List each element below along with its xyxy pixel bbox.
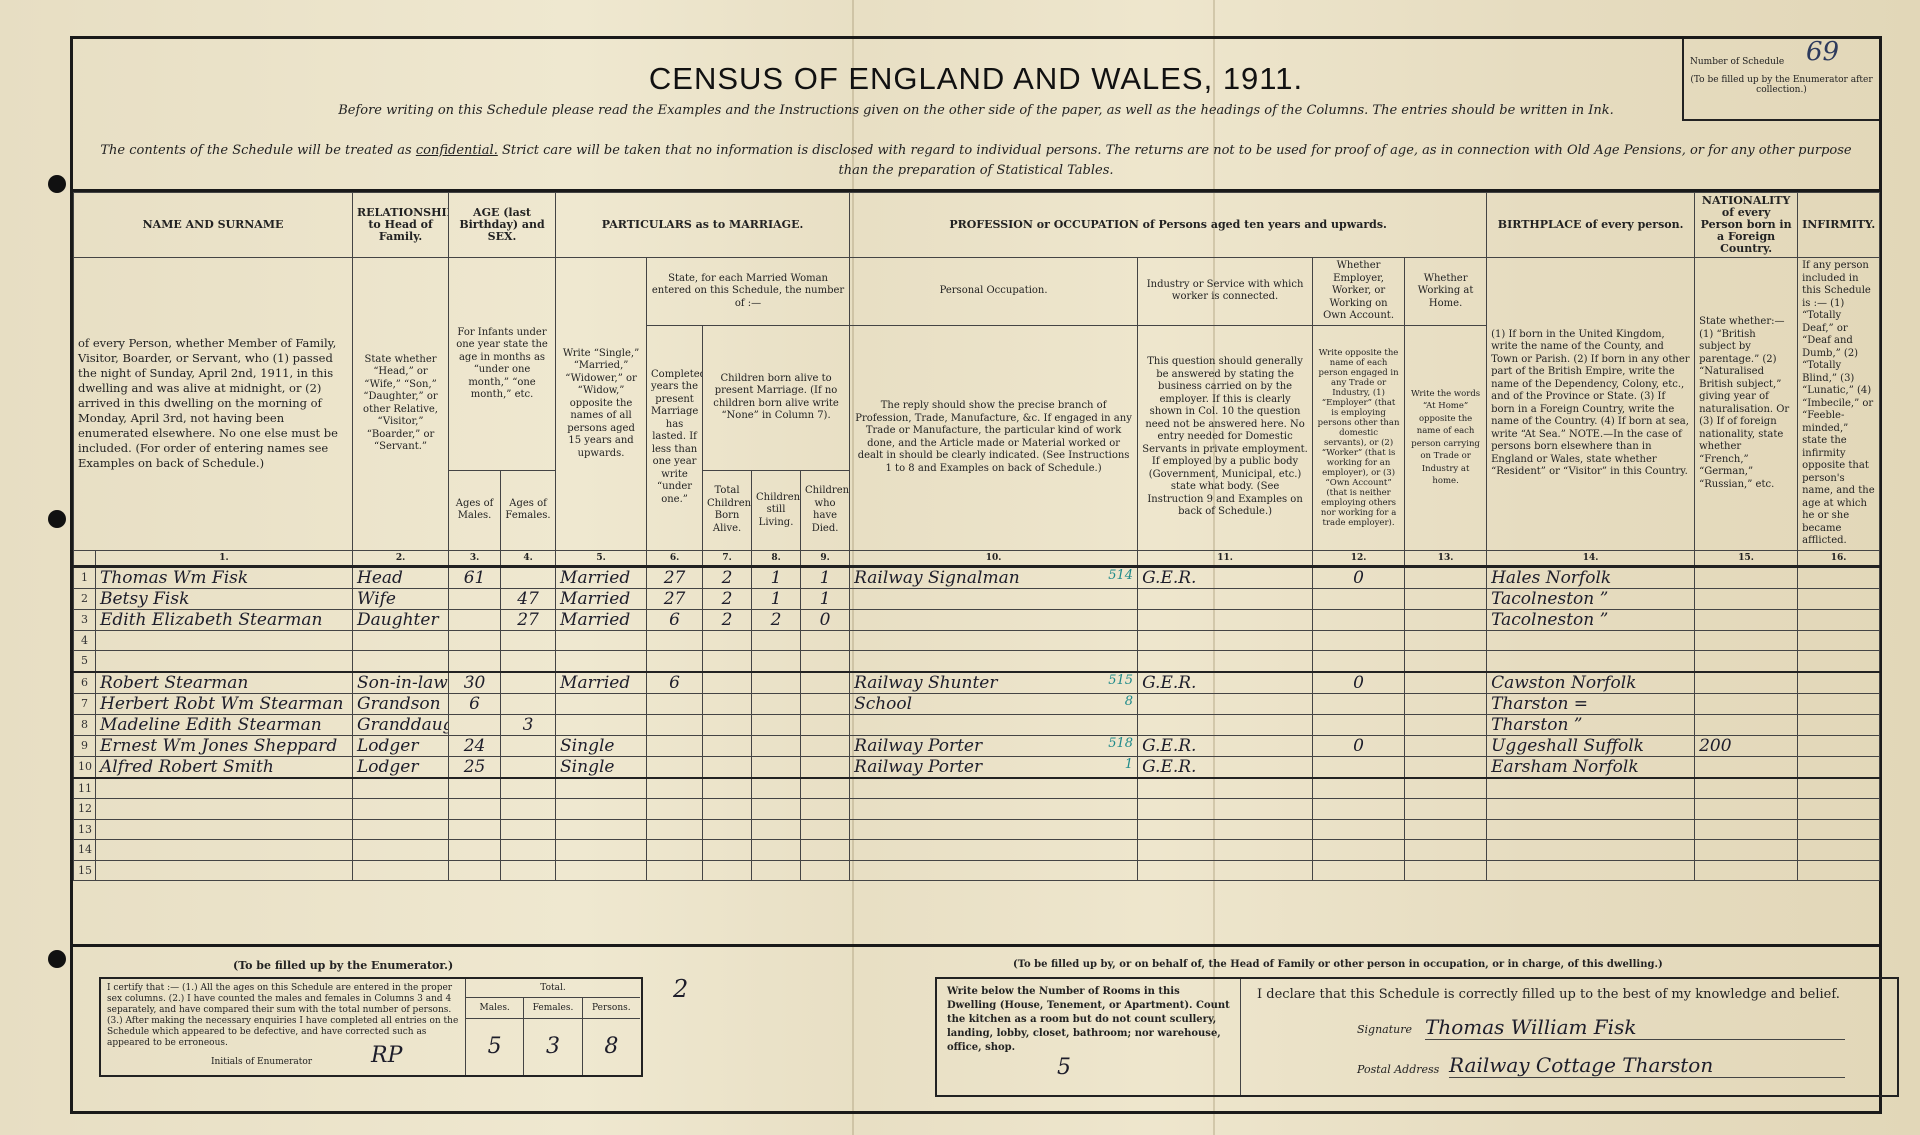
at-home-header: Whether Working at Home. [1405, 258, 1487, 326]
table-row: 4 [74, 630, 1880, 651]
occupation-code: 518 [1108, 736, 1133, 751]
row-number: 15 [74, 860, 96, 881]
occupation-code: 8 [1125, 694, 1133, 709]
census-table: NAME AND SURNAME RELATIONSHIP to Head of… [73, 189, 1879, 881]
row-number: 12 [74, 799, 96, 820]
table-row: 5 [74, 651, 1880, 672]
cell-birth: Earsham Norfolk [1487, 756, 1695, 778]
row-number: 10 [74, 756, 96, 778]
cell-emp [1313, 819, 1405, 840]
schedule-number-box: Number of Schedule 69 (To be filled up b… [1682, 39, 1879, 121]
header-age: AGE (last Birthday) and SEX. [449, 193, 556, 258]
infirmity-instructions: If any person included in this Schedule … [1798, 258, 1880, 551]
cell-male: 6 [449, 693, 501, 714]
cell-emp [1313, 651, 1405, 672]
cell-nat [1695, 651, 1798, 672]
column-numbers: 1. 2. 3. 4. 5. 6. 7. 8. 9. 10. 11. 12. 1… [74, 550, 1880, 566]
cell-inf [1798, 735, 1880, 756]
cell-home [1405, 840, 1487, 861]
cell-industry [1138, 714, 1313, 735]
cell-died [801, 756, 850, 778]
table-row: 10Alfred Robert SmithLodger25SingleRailw… [74, 756, 1880, 778]
cell-living: 1 [752, 566, 801, 588]
cell-occ: Railway Porter1 [850, 756, 1138, 778]
cell-female [501, 566, 556, 588]
cell-rel [353, 860, 449, 881]
cell-rel [353, 840, 449, 861]
cell-years: 6 [647, 672, 703, 694]
table-row: 1Thomas Wm FiskHead61Married27211Railway… [74, 566, 1880, 588]
cell-industry: G.E.R. [1138, 566, 1313, 588]
column-number: 8. [752, 550, 801, 566]
occupation-text: Railway Porter [854, 736, 982, 756]
cell-occ [850, 651, 1138, 672]
cell-years [647, 778, 703, 799]
cell-years [647, 840, 703, 861]
employer-header: Whether Employer, Worker, or Working on … [1313, 258, 1405, 326]
cell-birth [1487, 778, 1695, 799]
cell-years [647, 756, 703, 778]
cell-living [752, 735, 801, 756]
cell-female [501, 735, 556, 756]
cell-status: Married [556, 588, 647, 609]
column-number: 10. [850, 550, 1138, 566]
row-number: 4 [74, 630, 96, 651]
cell-birth: Hales Norfolk [1487, 566, 1695, 588]
cell-home [1405, 778, 1487, 799]
address-label: Postal Address [1357, 1063, 1439, 1076]
rooms-count: 5 [1057, 1061, 1071, 1075]
cell-name [96, 651, 353, 672]
household-box: Write below the Number of Rooms in this … [935, 977, 1899, 1097]
cell-rel [353, 651, 449, 672]
column-number: 2. [353, 550, 449, 566]
cell-nat [1695, 672, 1798, 694]
cell-male [449, 778, 501, 799]
cell-industry: G.E.R. [1138, 672, 1313, 694]
cell-male [449, 630, 501, 651]
cell-industry: G.E.R. [1138, 735, 1313, 756]
cell-emp: 0 [1313, 672, 1405, 694]
cell-born [703, 693, 752, 714]
cell-occ [850, 630, 1138, 651]
cell-status: Married [556, 672, 647, 694]
children-living-header: Children still Living. [752, 471, 801, 550]
cell-female: 27 [501, 609, 556, 630]
cell-living [752, 693, 801, 714]
cell-years [647, 735, 703, 756]
household-caption: (To be filled up by, or on behalf of, th… [1013, 959, 1663, 970]
occupation-code: 1 [1125, 757, 1133, 772]
cell-inf [1798, 714, 1880, 735]
column-number: 13. [1405, 550, 1487, 566]
occupation-text: Railway Porter [854, 757, 982, 777]
table-row: 12 [74, 799, 1880, 820]
cell-birth [1487, 651, 1695, 672]
cell-home [1405, 609, 1487, 630]
cell-rel: Son-in-law [353, 672, 449, 694]
total-persons: 8 [583, 1019, 640, 1075]
age-females-header: Ages of Females. [501, 471, 556, 550]
cell-years [647, 819, 703, 840]
cell-living [752, 860, 801, 881]
column-number: 16. [1798, 550, 1880, 566]
cell-occ [850, 799, 1138, 820]
cell-name: Alfred Robert Smith [96, 756, 353, 778]
cell-born [703, 651, 752, 672]
cell-years [647, 693, 703, 714]
cell-emp [1313, 756, 1405, 778]
cell-years [647, 799, 703, 820]
header-relationship: RELATIONSHIP to Head of Family. [353, 193, 449, 258]
cell-male: 25 [449, 756, 501, 778]
years-married-header: Completed years the present Marriage has… [647, 325, 703, 550]
cell-rel: Wife [353, 588, 449, 609]
cell-status [556, 651, 647, 672]
row-number: 6 [74, 672, 96, 694]
rooms-instructions: Write below the Number of Rooms in this … [947, 985, 1230, 1055]
persons-label: Persons. [583, 998, 640, 1018]
cell-died [801, 778, 850, 799]
cell-rel [353, 630, 449, 651]
cell-female: 3 [501, 714, 556, 735]
cell-male [449, 714, 501, 735]
table-row: 11 [74, 778, 1880, 799]
header-name: NAME AND SURNAME [74, 193, 353, 258]
cell-rel: Lodger [353, 756, 449, 778]
cell-name [96, 860, 353, 881]
table-row: 2Betsy FiskWife47Married27211Tacolneston… [74, 588, 1880, 609]
cell-died: 1 [801, 588, 850, 609]
females-label: Females. [524, 998, 582, 1018]
cell-name: Madeline Edith Stearman [96, 714, 353, 735]
cell-rel [353, 799, 449, 820]
personal-occupation-header: Personal Occupation. [850, 258, 1138, 326]
cell-female [501, 860, 556, 881]
cell-born [703, 819, 752, 840]
initials-label: Initials of Enumerator [211, 1057, 312, 1067]
cell-male [449, 588, 501, 609]
cell-years [647, 714, 703, 735]
table-row: 8Madeline Edith StearmanGranddaughter3Th… [74, 714, 1880, 735]
cell-male: 61 [449, 566, 501, 588]
enumerator-box: I certify that :— (1.) All the ages on t… [99, 977, 643, 1077]
cell-emp [1313, 840, 1405, 861]
table-row: 6Robert StearmanSon-in-law30Married6Rail… [74, 672, 1880, 694]
cell-birth: Tacolneston ” [1487, 609, 1695, 630]
enumerator-initials: RP [371, 1043, 402, 1068]
cell-industry [1138, 651, 1313, 672]
cell-industry: G.E.R. [1138, 756, 1313, 778]
cell-years: 27 [647, 566, 703, 588]
cell-home [1405, 714, 1487, 735]
cell-birth: Tacolneston ” [1487, 588, 1695, 609]
cell-occ [850, 714, 1138, 735]
cell-occ: Railway Signalman514 [850, 566, 1138, 588]
totals-box: Total. Males. Females. Persons. 5 3 8 [465, 979, 640, 1075]
cell-died: 1 [801, 566, 850, 588]
schedule-number-note: (To be filled up by the Enumerator after… [1688, 75, 1875, 95]
cell-nat: 200 [1695, 735, 1798, 756]
cell-status: Single [556, 735, 647, 756]
children-died-header: Children who have Died. [801, 471, 850, 550]
cell-female [501, 840, 556, 861]
cell-born [703, 860, 752, 881]
cell-occ: Railway Porter518 [850, 735, 1138, 756]
occupation-code: 515 [1108, 673, 1133, 688]
birthplace-instructions: (1) If born in the United Kingdom, write… [1487, 258, 1695, 551]
cell-occ [850, 860, 1138, 881]
cell-died: 0 [801, 609, 850, 630]
cell-birth [1487, 819, 1695, 840]
cell-occ [850, 778, 1138, 799]
header-marriage: PARTICULARS as to MARRIAGE. [556, 193, 850, 258]
cell-emp [1313, 609, 1405, 630]
row-number: 13 [74, 819, 96, 840]
cell-died [801, 819, 850, 840]
punch-hole-icon [48, 510, 66, 528]
cell-home [1405, 819, 1487, 840]
cell-inf [1798, 860, 1880, 881]
cell-nat [1695, 778, 1798, 799]
column-number: 11. [1138, 550, 1313, 566]
cell-status [556, 799, 647, 820]
cell-occ [850, 588, 1138, 609]
totals-label: Total. [466, 979, 640, 998]
cell-died [801, 714, 850, 735]
cell-emp [1313, 778, 1405, 799]
footer-section: (To be filled up by the Enumerator.) I c… [73, 944, 1879, 1113]
cell-living [752, 799, 801, 820]
cell-nat [1695, 860, 1798, 881]
relationship-instructions: State whether “Head,” or “Wife,” “Son,” … [353, 258, 449, 551]
employer-instructions: Write opposite the name of each person e… [1313, 325, 1405, 550]
cell-female [501, 693, 556, 714]
cell-nat [1695, 630, 1798, 651]
cell-died [801, 693, 850, 714]
signature-field: Thomas William Fisk [1425, 1015, 1845, 1040]
children-born-header: Children born alive to present Marriage.… [703, 325, 850, 471]
cell-status: Single [556, 756, 647, 778]
cell-name [96, 778, 353, 799]
cell-living [752, 630, 801, 651]
cell-inf [1798, 756, 1880, 778]
cell-emp: 0 [1313, 566, 1405, 588]
row-number: 8 [74, 714, 96, 735]
cell-born [703, 735, 752, 756]
cell-birth [1487, 860, 1695, 881]
occupation-text: Railway Shunter [854, 673, 997, 693]
males-label: Males. [466, 998, 524, 1018]
address-field: Railway Cottage Tharston [1449, 1053, 1845, 1078]
declaration: I declare that this Schedule is correctl… [1257, 987, 1840, 1002]
row-number: 3 [74, 609, 96, 630]
cell-died [801, 799, 850, 820]
cell-name: Ernest Wm Jones Sheppard [96, 735, 353, 756]
cell-male: 24 [449, 735, 501, 756]
total-females: 3 [524, 1019, 582, 1075]
cell-name: Herbert Robt Wm Stearman [96, 693, 353, 714]
married-woman-header: State, for each Married Woman entered on… [647, 258, 850, 326]
cell-emp [1313, 799, 1405, 820]
cell-female [501, 651, 556, 672]
cell-name: Betsy Fisk [96, 588, 353, 609]
cell-rel: Grandson [353, 693, 449, 714]
cell-born [703, 799, 752, 820]
cell-years [647, 630, 703, 651]
cell-nat [1695, 714, 1798, 735]
cell-years [647, 860, 703, 881]
cell-home [1405, 651, 1487, 672]
at-home-instructions: Write the words “At Home” opposite the n… [1405, 325, 1487, 550]
header-nationality: NATIONALITY of every Person born in a Fo… [1695, 193, 1798, 258]
table-row: 15 [74, 860, 1880, 881]
cell-died [801, 860, 850, 881]
column-number: 5. [556, 550, 647, 566]
cell-rel: Lodger [353, 735, 449, 756]
cell-status [556, 840, 647, 861]
cell-died [801, 651, 850, 672]
cell-born [703, 672, 752, 694]
row-number: 2 [74, 588, 96, 609]
row-number: 14 [74, 840, 96, 861]
cell-born: 2 [703, 588, 752, 609]
occupation-code: 514 [1108, 568, 1133, 583]
occupation-text: School [854, 694, 912, 714]
cell-male [449, 609, 501, 630]
table-row: 9Ernest Wm Jones SheppardLodger24SingleR… [74, 735, 1880, 756]
cell-name [96, 840, 353, 861]
cell-occ: Railway Shunter515 [850, 672, 1138, 694]
cell-living [752, 672, 801, 694]
cell-male: 30 [449, 672, 501, 694]
cell-born [703, 756, 752, 778]
cell-nat [1695, 566, 1798, 588]
enumerator-caption: (To be filled up by the Enumerator.) [233, 959, 453, 972]
column-number: 6. [647, 550, 703, 566]
cell-name: Edith Elizabeth Stearman [96, 609, 353, 630]
cell-emp: 0 [1313, 735, 1405, 756]
cell-born [703, 714, 752, 735]
cell-rel: Daughter [353, 609, 449, 630]
cell-rel [353, 778, 449, 799]
cell-name: Robert Stearman [96, 672, 353, 694]
cell-died [801, 672, 850, 694]
page-title: CENSUS OF ENGLAND AND WALES, 1911. [73, 61, 1879, 97]
cell-nat [1695, 819, 1798, 840]
cell-nat [1695, 840, 1798, 861]
cell-home [1405, 735, 1487, 756]
cell-living [752, 819, 801, 840]
cell-female [501, 630, 556, 651]
enumerator-certification: I certify that :— (1.) All the ages on t… [107, 983, 467, 1049]
cell-inf [1798, 588, 1880, 609]
rooms-section: Write below the Number of Rooms in this … [937, 979, 1241, 1095]
cell-occ: School8 [850, 693, 1138, 714]
cell-status [556, 778, 647, 799]
cell-industry [1138, 630, 1313, 651]
cell-status [556, 630, 647, 651]
cell-living [752, 651, 801, 672]
cell-status: Married [556, 566, 647, 588]
cell-born [703, 840, 752, 861]
cell-rel [353, 819, 449, 840]
column-number: 14. [1487, 550, 1695, 566]
total-males: 5 [466, 1019, 524, 1075]
cell-inf [1798, 651, 1880, 672]
cell-nat [1695, 756, 1798, 778]
row-number: 7 [74, 693, 96, 714]
cell-birth: Tharston = [1487, 693, 1695, 714]
cell-male [449, 819, 501, 840]
column-number: 3. [449, 550, 501, 566]
cell-name [96, 799, 353, 820]
cell-female [501, 799, 556, 820]
cell-living [752, 840, 801, 861]
column-number: 12. [1313, 550, 1405, 566]
signature-label: Signature [1357, 1023, 1412, 1036]
cell-industry [1138, 819, 1313, 840]
cell-nat [1695, 799, 1798, 820]
cell-home [1405, 588, 1487, 609]
cell-industry [1138, 860, 1313, 881]
cell-status [556, 693, 647, 714]
cell-industry [1138, 840, 1313, 861]
cell-inf [1798, 778, 1880, 799]
schedule-number: 69 [1806, 37, 1839, 67]
header-birthplace: BIRTHPLACE of every person. [1487, 193, 1695, 258]
cell-female [501, 819, 556, 840]
table-row: 3Edith Elizabeth StearmanDaughter27Marri… [74, 609, 1880, 630]
cell-occ [850, 840, 1138, 861]
occupation-text: Railway Signalman [854, 568, 1020, 588]
cell-died [801, 840, 850, 861]
cell-emp [1313, 860, 1405, 881]
cell-inf [1798, 566, 1880, 588]
punch-hole-icon [48, 175, 66, 193]
cell-occ [850, 819, 1138, 840]
cell-birth: Cawston Norfolk [1487, 672, 1695, 694]
age-instructions: For Infants under one year state the age… [449, 258, 556, 471]
marriage-instructions: Write “Single,” “Married,” “Widower,” or… [556, 258, 647, 551]
table-row: 7Herbert Robt Wm StearmanGrandson6School… [74, 693, 1880, 714]
cell-rel: Head [353, 566, 449, 588]
cell-emp [1313, 630, 1405, 651]
cell-died [801, 630, 850, 651]
cell-industry [1138, 693, 1313, 714]
cell-female [501, 672, 556, 694]
cell-status [556, 714, 647, 735]
table-row: 13 [74, 819, 1880, 840]
column-number: 7. [703, 550, 752, 566]
cell-inf [1798, 819, 1880, 840]
age-males-header: Ages of Males. [449, 471, 501, 550]
cell-birth: Tharston ” [1487, 714, 1695, 735]
cell-years [647, 651, 703, 672]
cell-rel: Granddaughter [353, 714, 449, 735]
cell-nat [1695, 588, 1798, 609]
row-number: 9 [74, 735, 96, 756]
cell-occ [850, 609, 1138, 630]
cell-home [1405, 799, 1487, 820]
cell-birth [1487, 799, 1695, 820]
cell-birth: Uggeshall Suffolk [1487, 735, 1695, 756]
cell-industry [1138, 588, 1313, 609]
cell-born [703, 630, 752, 651]
cell-inf [1798, 630, 1880, 651]
industry-header: Industry or Service with which worker is… [1138, 258, 1313, 326]
cell-emp [1313, 714, 1405, 735]
